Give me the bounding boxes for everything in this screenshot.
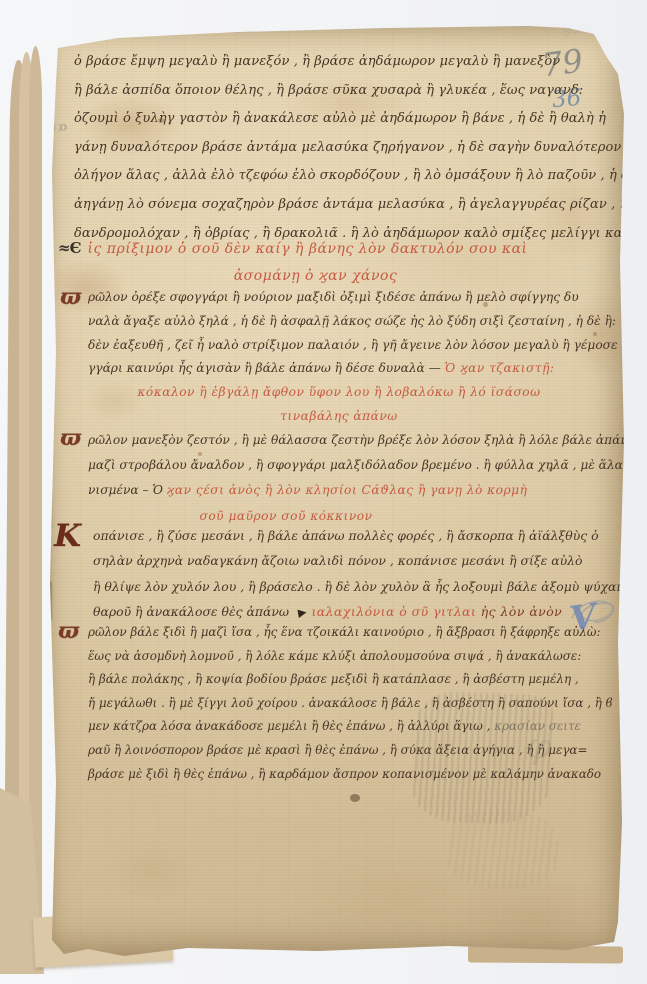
paragraph-initial: ϖ bbox=[58, 618, 79, 644]
body-text: ὁ βράσε ἔμψη μεγαλὺ ἢ μανεξόν , ἢ βράσε … bbox=[74, 54, 560, 69]
body-text: ναλὰ ἄγαξε αὐλὸ ξηλά , ἡ δὲ ἢ ἀσφαλῇ λάκ… bbox=[88, 314, 616, 328]
body-text: δὲν ἐαξευθῆ , ζεῖ ἦ ναλὸ στρίξιμον παλαι… bbox=[88, 338, 646, 352]
rubric-text: ιαλαχιλόνια ὁ σῦ γιτλαι bbox=[311, 604, 480, 619]
top-edge-mark bbox=[82, 25, 94, 42]
manuscript-line: ὀλήγον ἅλας , ἀλλὰ ἐλὸ τζεφόω ἐλὸ σκορδό… bbox=[74, 162, 579, 191]
paragraph: οπάνισε , ἢ ζύσε μεσάνι , ἢ βάλε ἀπάνω π… bbox=[93, 523, 599, 626]
body-text: οπάνισε , ἢ ζύσε μεσάνι , ἢ βάλε ἀπάνω π… bbox=[93, 528, 599, 543]
rubric-heading: ≈Єἰς πρίξιμον ὁ σοῦ δὲν καίγ ἢ βάνης λὸν… bbox=[58, 235, 573, 290]
rubric-text: ἰς πρίξιμον ὁ σοῦ δὲν καίγ ἢ βάνης λὸν δ… bbox=[88, 241, 528, 257]
body-text: ≈Є bbox=[58, 239, 81, 257]
manuscript-line: ≈Єἰς πρίξιμον ὁ σοῦ δὲν καίγ ἢ βάνης λὸν… bbox=[58, 235, 573, 263]
body-text: ὀζουμὶ ὁ ξυλὴγ γαστὸν ἢ ἀνακάλεσε αὐλὸ μ… bbox=[74, 111, 606, 126]
foxing-spot bbox=[628, 722, 633, 727]
manuscript-line: ρῶλον ὀρέξε σφογγάρι ἢ νούριον μαξιδὶ ὀξ… bbox=[88, 286, 590, 310]
manuscript-line: σηλὰν ἀρχηνὰ ναδαγκάνη ἄζοιω ναλιδὶ πόνο… bbox=[93, 548, 599, 573]
body-text: νισμένα – Ὁ bbox=[88, 483, 167, 497]
body-text: ἀηγάνῃ λὸ σόνεμα σοχαζηρὸν βράσε ἀντάμα … bbox=[74, 197, 628, 212]
body-text: ἕως νὰ ἀσομδνὴ λομνοῦ , ἢ λόλε κάμε κλύξ… bbox=[88, 649, 581, 663]
body-text: ἢ βάλε ἀσπίδα ὅποιον θέλης , ἢ βράσε σῦκ… bbox=[74, 83, 583, 98]
pencil-smudge bbox=[444, 807, 560, 891]
blue-check-mark: V bbox=[567, 596, 599, 639]
manuscript-line: δὲν ἐαξευθῆ , ζεῖ ἦ ναλὸ στρίξιμον παλαι… bbox=[88, 334, 590, 358]
rubric-text: κόκαλον ἢ ἐβγάλῃ ἄφθον ὕφον λου ἢ λοβαλό… bbox=[137, 385, 540, 399]
paragraph: ρῶλον μανεξὸν ζεστόν , ἢ μὲ θάλασσα ζεστ… bbox=[88, 428, 594, 529]
rubric-text: ϗαν ςέσι ἀνὸς ἢ λὸν κλησίοι Cάϑλας ἢ γαν… bbox=[167, 483, 528, 497]
body-text: ρῶλον βάλε ξιδὶ ἢ μαζὶ ἴσα , ἧς ἕνα τζοι… bbox=[88, 625, 600, 639]
body-text: θαροῦ ἢ ἀνακάλοσε θὲς ἀπάνω bbox=[93, 604, 293, 619]
folio-number-faint: 93 bbox=[560, 17, 584, 40]
ghost-letter: φ bbox=[524, 725, 553, 768]
manuscript-scan: 93 79 36 ανη ϖ ϖ Κ ϖ ὁ βράσε ἔμψη μεγαλὺ… bbox=[0, 0, 647, 984]
paragraph: ὁ βράσε ἔμψη μεγαλὺ ἢ μανεξόν , ἢ βράσε … bbox=[74, 48, 579, 248]
manuscript-line: οπάνισε , ἢ ζύσε μεσάνι , ἢ βάλε ἀπάνω π… bbox=[93, 523, 599, 548]
manuscript-line: γάνῃ δυναλότερον βράσε ἀντάμα μελασύκα ζ… bbox=[74, 134, 579, 163]
manuscript-line: ἢ βάλε πολάκης , ἢ κοψία βοδίου βράσε με… bbox=[88, 668, 594, 692]
body-text: γγάρι καινύρι ἧς ἁγισὰν ἢ βάλε ἀπάνω ἢ δ… bbox=[88, 361, 445, 375]
manuscript-line: ρῶλον μανεξὸν ζεστόν , ἢ μὲ θάλασσα ζεστ… bbox=[88, 428, 594, 453]
manuscript-line: ρῶλον βάλε ξιδὶ ἢ μαζὶ ἴσα , ἧς ἕνα τζοι… bbox=[88, 621, 594, 645]
ink-speck bbox=[350, 794, 360, 802]
rubric-text: ἀσομάνῃ ὁ ϗαν χάνος bbox=[234, 268, 398, 284]
body-text: ἢ θλίψε λὸν χυλόν λου , ἢ βράσελο . ἢ δὲ… bbox=[93, 579, 644, 594]
manuscript-line: γγάρι καινύρι ἧς ἁγισὰν ἢ βάλε ἀπάνω ἢ δ… bbox=[88, 357, 590, 381]
body-text: ἢ βάλε πολάκης , ἢ κοψία βοδίου βράσε με… bbox=[88, 672, 579, 686]
manuscript-line: ὀζουμὶ ὁ ξυλὴγ γαστὸν ἢ ἀνακάλεσε αὐλὸ μ… bbox=[74, 105, 579, 134]
foxing-spot bbox=[593, 332, 597, 336]
manuscript-line: ὁ βράσε ἔμψη μεγαλὺ ἢ μανεξόν , ἢ βράσε … bbox=[74, 48, 579, 77]
manuscript-line: ἀηγάνῃ λὸ σόνεμα σοχαζηρὸν βράσε ἀντάμα … bbox=[74, 191, 579, 220]
paragraph-initial: ϖ bbox=[60, 425, 81, 451]
rubric-text: Ὁ ϗαν τζακιστῇ: bbox=[445, 361, 555, 375]
body-text: μαζὶ στροβάλου ἄναλδον , ἢ σφογγάρι μαλξ… bbox=[88, 458, 647, 472]
manuscript-page: 93 79 36 ανη ϖ ϖ Κ ϖ ὁ βράσε ἔμψη μεγαλὺ… bbox=[28, 22, 628, 960]
manuscript-line: μαζὶ στροβάλου ἄναλδον , ἢ σφογγάρι μαλξ… bbox=[88, 453, 594, 478]
body-text: ρῶλον μανεξὸν ζεστόν , ἢ μὲ θάλασσα ζεστ… bbox=[88, 433, 638, 447]
manuscript-line: ἢ θλίψε λὸν χυλόν λου , ἢ βράσελο . ἢ δὲ… bbox=[93, 574, 599, 599]
manuscript-line: ἢ βάλε ἀσπίδα ὅποιον θέλης , ἢ βράσε σῦκ… bbox=[74, 77, 579, 106]
body-text: ρῶλον ὀρέξε σφογγάρι ἢ νούριον μαξιδὶ ὀξ… bbox=[88, 290, 579, 304]
rubric-text: ἠς λὸν ἀνὸν bbox=[481, 604, 562, 619]
body-text: γάνῃ δυναλότερον βράσε ἀντάμα μελασύκα ζ… bbox=[74, 140, 634, 155]
manuscript-line: κόκαλον ἢ ἐβγάλῃ ἄφθον ὕφον λου ἢ λοβαλό… bbox=[88, 381, 590, 405]
body-text: ὀλήγον ἅλας , ἀλλὰ ἐλὸ τζεφόω ἐλὸ σκορδό… bbox=[74, 168, 636, 183]
manuscript-line: ἕως νὰ ἀσομδνὴ λομνοῦ , ἢ λόλε κάμε κλύξ… bbox=[88, 645, 594, 669]
paper-stain bbox=[106, 840, 200, 902]
manuscript-line: τιναβάλης ἀπάνω bbox=[88, 405, 590, 429]
manuscript-line: νισμένα – Ὁ ϗαν ςέσι ἀνὸς ἢ λὸν κλησίοι … bbox=[88, 478, 594, 503]
manuscript-line: ναλὰ ἄγαξε αὐλὸ ξηλά , ἡ δὲ ἢ ἀσφαλῇ λάκ… bbox=[88, 310, 590, 334]
rubric-text: τιναβάλης ἀπάνω bbox=[280, 409, 397, 423]
binding-crease bbox=[47, 30, 52, 952]
paragraph: ρῶλον ὀρέξε σφογγάρι ἢ νούριον μαξιδὶ ὀξ… bbox=[88, 286, 590, 429]
body-text: σηλὰν ἀρχηνὰ ναδαγκάνη ἄζοιω ναλιδὶ πόνο… bbox=[93, 553, 582, 568]
rubric-text: σοῦ μαῦρον σοῦ κόκκινον bbox=[200, 509, 373, 523]
